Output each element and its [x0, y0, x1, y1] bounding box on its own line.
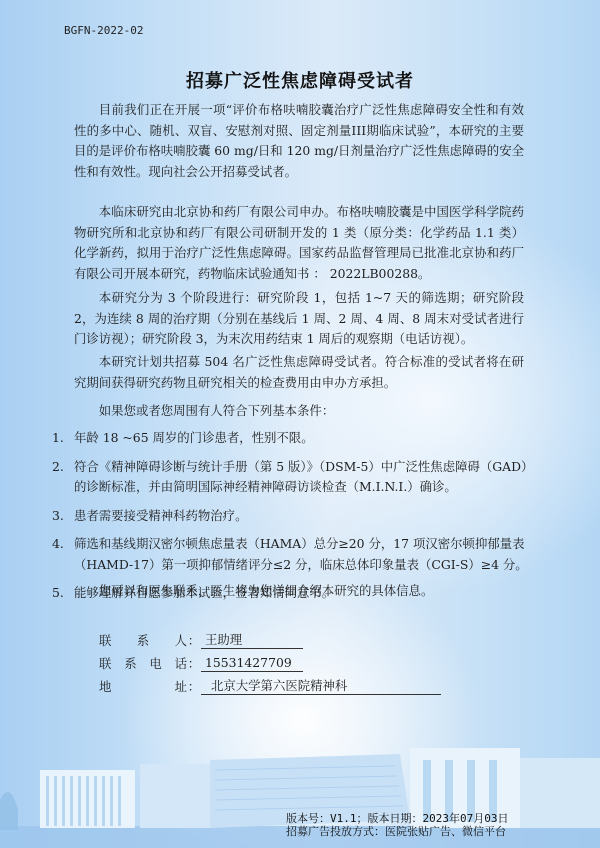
version-line: 版本号：V1.1；版本日期：2023年07月03日 [286, 812, 508, 825]
list-text: 筛选和基线期汉密尔顿焦虑量表（HAMA）总分≥20 分，17 项汉密尔顿抑郁量表… [74, 534, 532, 575]
list-item: 3. 患者需要接受精神科药物治疗。 [52, 506, 532, 527]
list-item: 2. 符合《精神障碍诊断与统计手册（第 5 版）》（DSM-5）中广泛性焦虑障碍… [52, 457, 532, 498]
list-number: 2. [52, 457, 74, 498]
contact-person-value: 王助理 [201, 632, 303, 649]
list-number: 4. [52, 534, 74, 575]
page-title: 招募广泛性焦虑障碍受试者 [0, 67, 600, 93]
footer-info: 版本号：V1.1；版本日期：2023年07月03日 招募广告投放方式：医院张贴广… [286, 812, 508, 838]
contact-address-row: 地 址 ： 北京大学第六医院精神科 [99, 675, 441, 695]
contact-phone-label: 联 系 电 话 [99, 654, 187, 672]
contact-person-label: 联 系 人 [99, 631, 187, 649]
list-text: 患者需要接受精神科药物治疗。 [74, 506, 532, 527]
criteria-intro: 如果您或者您周围有人符合下列基本条件： [74, 401, 524, 422]
list-number: 1. [52, 428, 74, 449]
intro-paragraph: 目前我们正在开展一项“评价布格呋喃胶囊治疗广泛性焦虑障碍安全性和有效性的多中心、… [74, 100, 524, 182]
contact-phone-row: 联 系 电 话 ： 15531427709 [99, 652, 441, 672]
list-item: 1. 年龄 18 ~65 周岁的门诊患者，性别不限。 [52, 428, 532, 449]
contact-intro: 您可以和医生联系，医生将为您详细介绍本研究的具体信息。 [74, 581, 524, 602]
list-text: 符合《精神障碍诊断与统计手册（第 5 版）》（DSM-5）中广泛性焦虑障碍（GA… [74, 457, 532, 498]
document-code: BGFN-2022-02 [64, 24, 143, 37]
contact-address-value: 北京大学第六医院精神科 [201, 678, 441, 695]
contact-phone-value[interactable]: 15531427709 [201, 655, 303, 672]
channel-line: 招募广告投放方式：医院张贴广告、微信平台 [286, 825, 508, 838]
enrollment-paragraph: 本研究计划共招募 504 名广泛性焦虑障碍受试者。符合标准的受试者将在研究期间获… [74, 352, 524, 393]
list-item: 4. 筛选和基线期汉密尔顿焦虑量表（HAMA）总分≥20 分，17 项汉密尔顿抑… [52, 534, 532, 575]
list-number: 5. [52, 583, 74, 604]
contact-person-row: 联 系 人 ： 王助理 [99, 629, 441, 649]
list-number: 3. [52, 506, 74, 527]
list-text: 年龄 18 ~65 周岁的门诊患者，性别不限。 [74, 428, 532, 449]
sponsor-paragraph: 本临床研究由北京协和药厂有限公司申办。布格呋喃胶囊是中国医学科学院药物研究所和北… [74, 202, 524, 284]
contact-block: 联 系 人 ： 王助理 联 系 电 话 ： 15531427709 地 址 ： … [99, 629, 441, 698]
contact-address-label: 地 址 [99, 677, 187, 695]
phases-paragraph: 本研究分为 3 个阶段进行：研究阶段 1，包括 1~7 天的筛选期；研究阶段 2… [74, 288, 524, 350]
